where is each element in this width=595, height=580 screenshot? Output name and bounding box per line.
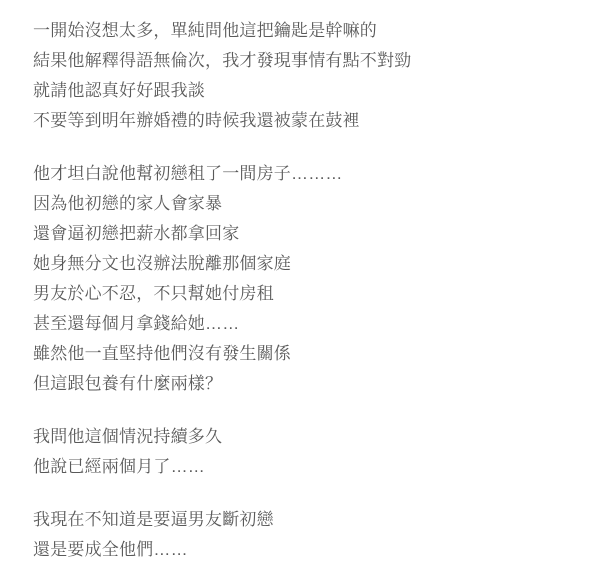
post-text-line: 我現在不知道是要逼男友斷初戀 bbox=[33, 505, 565, 535]
post-text-line: 但這跟包養有什麼兩樣？ bbox=[33, 369, 565, 399]
post-paragraph: 我現在不知道是要逼男友斷初戀 還是要成全他們…… bbox=[33, 505, 565, 565]
post-text-line: 雖然他一直堅持他們沒有發生關係 bbox=[33, 339, 565, 369]
post-paragraph: 他才坦白說他幫初戀租了一間房子……… 因為他初戀的家人會家暴 還會逼初戀把薪水都… bbox=[33, 159, 565, 399]
post-text-line: 還是要成全他們…… bbox=[33, 535, 565, 565]
post-text-line: 他說已經兩個月了…… bbox=[33, 452, 565, 482]
post-text-line: 甚至還每個月拿錢給她…… bbox=[33, 309, 565, 339]
post-text-line: 一開始沒想太多，單純問他這把鑰匙是幹嘛的 bbox=[33, 16, 565, 46]
post-text-line: 結果他解釋得語無倫次，我才發現事情有點不對勁 bbox=[33, 46, 565, 76]
post-text-line: 他才坦白說他幫初戀租了一間房子……… bbox=[33, 159, 565, 189]
post-text-line: 不要等到明年辦婚禮的時候我還被蒙在鼓裡 bbox=[33, 106, 565, 136]
post-text-line: 男友於心不忍，不只幫她付房租 bbox=[33, 279, 565, 309]
post-text-line: 我問他這個情況持續多久 bbox=[33, 422, 565, 452]
post-text-line: 就請他認真好好跟我談 bbox=[33, 76, 565, 106]
post-paragraph: 我問他這個情況持續多久 他說已經兩個月了…… bbox=[33, 422, 565, 482]
post-text-line: 因為他初戀的家人會家暴 bbox=[33, 189, 565, 219]
post-text-line: 還會逼初戀把薪水都拿回家 bbox=[33, 219, 565, 249]
post-body: 一開始沒想太多，單純問他這把鑰匙是幹嘛的 結果他解釋得語無倫次，我才發現事情有點… bbox=[0, 0, 595, 565]
post-text-line: 她身無分文也沒辦法脫離那個家庭 bbox=[33, 249, 565, 279]
post-paragraph: 一開始沒想太多，單純問他這把鑰匙是幹嘛的 結果他解釋得語無倫次，我才發現事情有點… bbox=[33, 16, 565, 136]
